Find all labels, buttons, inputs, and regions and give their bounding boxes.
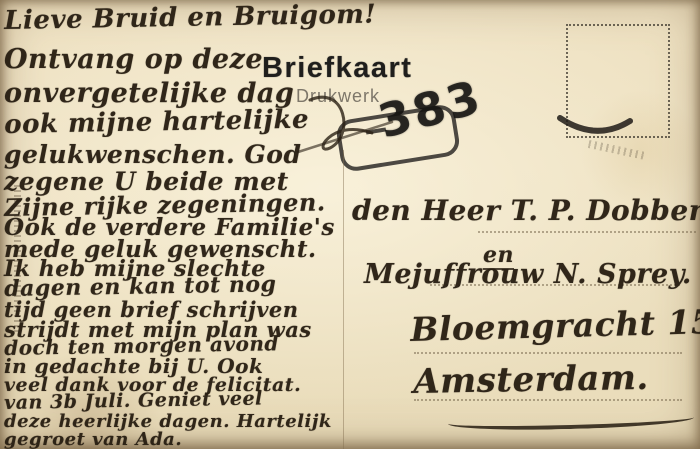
stamp-box [566,24,670,138]
address-recipient: den Heer T. P. Dobbenga [352,194,700,227]
message-line: Lieve Bruid en Bruigom! [4,0,376,36]
address-street: Bloemgracht 15 [410,302,700,349]
postcard-back: Briefkaart Drukwerk 383 Lieve Bruid en B… [0,0,700,449]
address-rule-3 [414,352,682,354]
address-city: Amsterdam. [413,358,649,402]
address-rule-1 [478,231,696,233]
message-line: gelukwenschen. God [4,140,301,169]
faint-marks [588,140,646,160]
city-underline-flourish [448,409,694,432]
message-line: ook mijne hartelijke [4,105,309,140]
address-recipient-2: Mejuffrouw N. Sprey. [364,259,692,290]
message-line: gegroet van Ada. [4,429,182,449]
divider-line [343,150,344,449]
message-line: Ontvang op deze [4,44,263,75]
message-line: onvergetelijke dag [4,78,294,109]
